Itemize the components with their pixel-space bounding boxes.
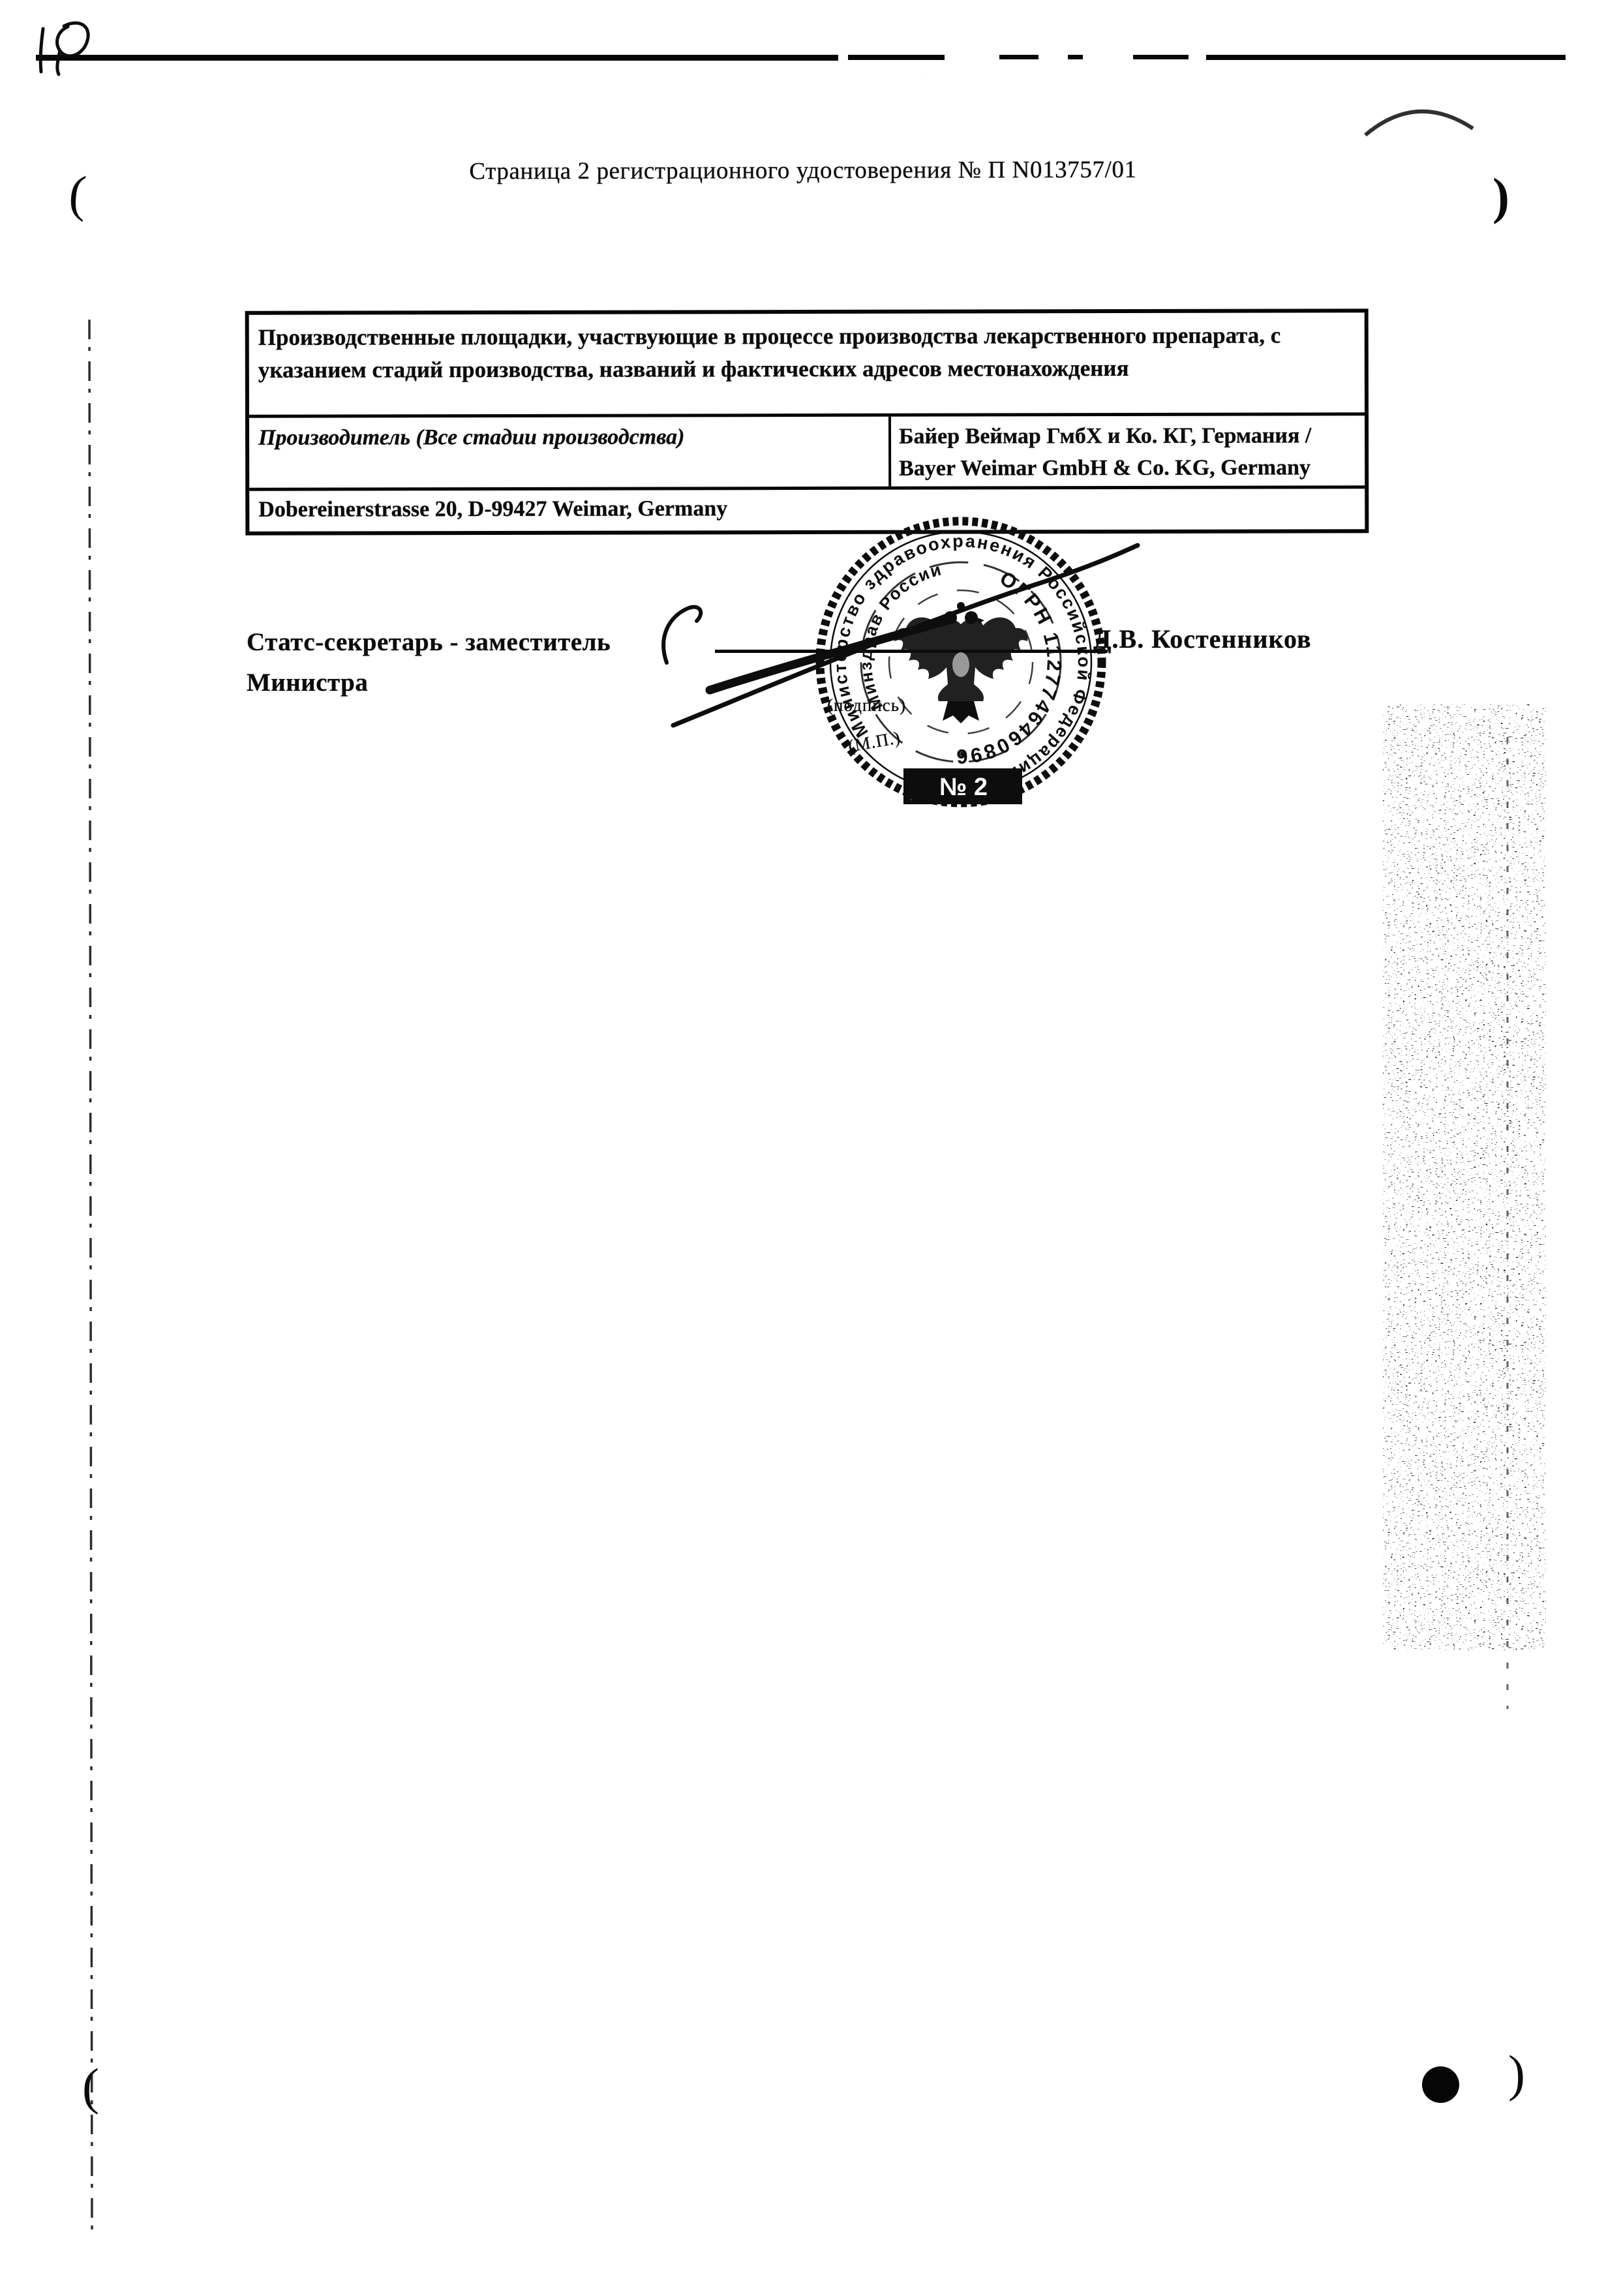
scan-corner-mark: ( [82, 2061, 99, 2112]
handwritten-page-number: 10 [23, 7, 102, 85]
top-scan-line-segment [999, 55, 1038, 59]
eagle-emblem [894, 602, 1028, 723]
manufacturing-sites-table: Производственные площадки, участвующие в… [245, 309, 1369, 536]
scan-corner-mark: ( [67, 168, 87, 220]
ministry-round-stamp: Министерство здравоохранения Российской … [808, 509, 1114, 815]
top-scan-line-segment [1133, 55, 1189, 59]
scan-corner-mark: ) [1508, 2048, 1525, 2099]
top-scan-line-segment [1206, 55, 1566, 60]
signatory-position-line1: Статс-секретарь - заместитель [247, 627, 611, 657]
producer-row: Производитель (Все стадии производства) … [249, 415, 1365, 491]
top-scan-line-segment [36, 55, 838, 61]
producer-label-cell: Производитель (Все стадии производства) [249, 417, 891, 488]
table-header-cell: Производственные площадки, участвующие в… [249, 312, 1365, 418]
page-title: Страница 2 регистрационного удостоверени… [391, 155, 1215, 185]
scanned-document-page: 10 ( ) ( ) Страница 2 регистрационного у… [0, 0, 1606, 2296]
signatory-position-line2: Министра [247, 668, 368, 697]
signatory-name: Д.В. Костенников [1093, 624, 1312, 654]
stamp-number-text: № 2 [939, 774, 988, 801]
punch-hole-dot [1422, 2066, 1459, 2103]
top-scan-line-segment [848, 55, 945, 60]
producer-value-en: Bayer Weimar GmbH & Co. KG, Germany [899, 451, 1361, 484]
producer-value-ru: Байер Веймар ГмбХ и Ко. КГ, Германия / [899, 419, 1361, 452]
producer-value-cell: Байер Веймар ГмбХ и Ко. КГ, Германия / B… [891, 415, 1365, 487]
left-edge-line [89, 320, 92, 2237]
top-scan-line-segment [1068, 55, 1083, 59]
scan-corner-mark: ) [1492, 171, 1509, 222]
top-right-arc-mark [1365, 112, 1473, 135]
